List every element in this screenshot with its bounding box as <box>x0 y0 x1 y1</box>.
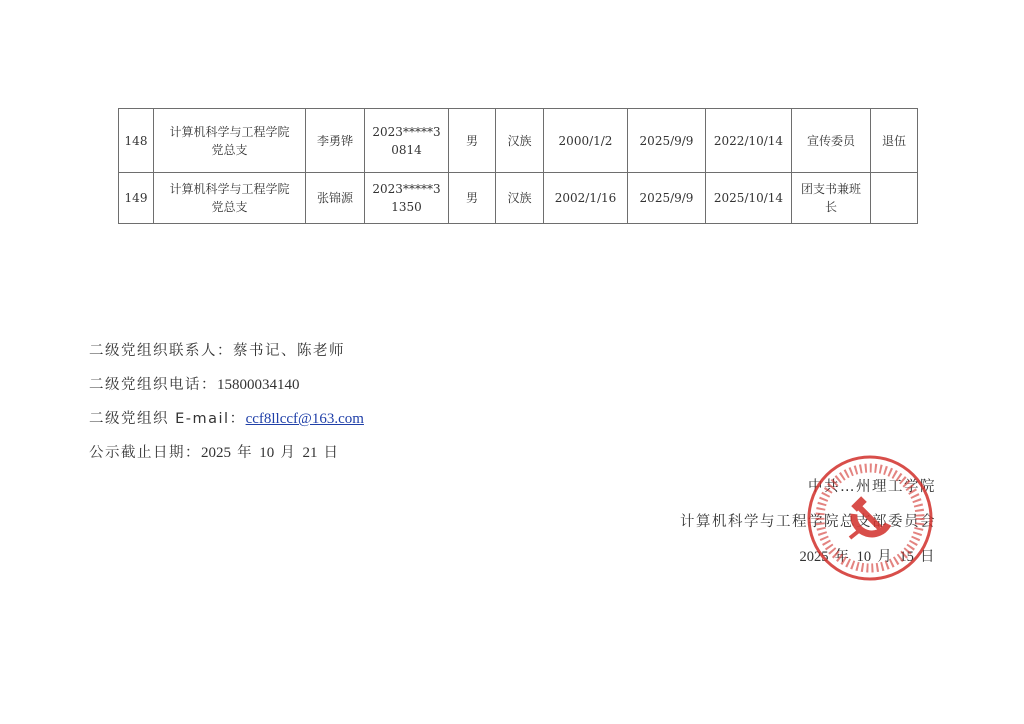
email-label: 二级党组织 E-mail： <box>89 411 246 427</box>
table-row: 149 计算机科学与工程学院党总支 张锦源 2023*****31350 男 汉… <box>119 173 918 224</box>
cell-gender: 男 <box>449 173 496 224</box>
cell-note <box>871 173 918 224</box>
cell-note: 退伍 <box>871 109 918 173</box>
cell-birth-date: 2000/1/2 <box>544 109 628 173</box>
contact-label: 二级党组织联系人： <box>89 343 233 359</box>
cell-no: 149 <box>119 173 154 224</box>
email-line: 二级党组织 E-mail：ccf8llccf@163.com <box>89 407 364 428</box>
org-line2: 党总支 <box>211 200 247 214</box>
cell-position: 宣传委员 <box>792 109 871 173</box>
contact-person-line: 二级党组织联系人：蔡书记、陈老师 <box>89 339 345 360</box>
signature-date: 2025 年 10 月 15 日 <box>799 545 936 566</box>
org-line1: 计算机科学与工程学院 <box>169 125 289 139</box>
signature-line2: 计算机科学与工程学院总支部委员会 <box>680 510 936 531</box>
sig-day-unit: 日 <box>914 549 936 565</box>
cell-date-b: 2025/10/14 <box>706 173 792 224</box>
position-line2: 长 <box>825 200 837 214</box>
phone-value: 15800034140 <box>217 377 300 393</box>
table-row: 148 计算机科学与工程学院党总支 李勇铧 2023*****30814 男 汉… <box>119 109 918 173</box>
cell-id: 2023*****31350 <box>365 173 449 224</box>
phone-line: 二级党组织电话：15800034140 <box>89 373 300 394</box>
id-line1: 2023*****3 <box>372 125 440 139</box>
sig-year: 2025 <box>799 549 828 565</box>
cell-birth-date: 2002/1/16 <box>544 173 628 224</box>
cell-name: 张锦源 <box>306 173 365 224</box>
deadline-day-unit: 日 <box>317 445 339 461</box>
deadline-year: 2025 <box>201 445 231 461</box>
org-line1: 计算机科学与工程学院 <box>169 182 289 196</box>
position-line1: 宣传委员 <box>807 134 855 148</box>
deadline-month-unit: 月 <box>274 445 302 461</box>
cell-id: 2023*****30814 <box>365 109 449 173</box>
cell-org: 计算机科学与工程学院党总支 <box>154 109 306 173</box>
deadline-day: 21 <box>302 445 317 461</box>
cell-gender: 男 <box>449 109 496 173</box>
cell-position: 团支书兼班长 <box>792 173 871 224</box>
member-table: 148 计算机科学与工程学院党总支 李勇铧 2023*****30814 男 汉… <box>118 108 918 224</box>
sig-month: 10 <box>857 549 872 565</box>
cell-ethnicity: 汉族 <box>496 173 544 224</box>
cell-ethnicity: 汉族 <box>496 109 544 173</box>
contact-value: 蔡书记、陈老师 <box>233 343 345 359</box>
phone-label: 二级党组织电话： <box>89 377 217 393</box>
org-line2: 党总支 <box>211 143 247 157</box>
sig-month-unit: 月 <box>871 549 899 565</box>
deadline-month: 10 <box>259 445 274 461</box>
cell-no: 148 <box>119 109 154 173</box>
deadline-year-unit: 年 <box>231 445 259 461</box>
deadline-line: 公示截止日期：2025 年 10 月 21 日 <box>89 441 340 462</box>
sig-day: 15 <box>899 549 914 565</box>
id-line2: 0814 <box>391 143 422 157</box>
cell-date-a: 2025/9/9 <box>628 173 706 224</box>
position-line1: 团支书兼班 <box>801 182 861 196</box>
sig-year-unit: 年 <box>828 549 856 565</box>
id-line1: 2023*****3 <box>372 182 440 196</box>
signature-line1: 中共…州理工学院 <box>808 475 936 496</box>
cell-org: 计算机科学与工程学院党总支 <box>154 173 306 224</box>
cell-name: 李勇铧 <box>306 109 365 173</box>
cell-date-b: 2022/10/14 <box>706 109 792 173</box>
id-line2: 1350 <box>391 200 422 214</box>
cell-date-a: 2025/9/9 <box>628 109 706 173</box>
email-link[interactable]: ccf8llccf@163.com <box>246 411 364 427</box>
deadline-label: 公示截止日期： <box>89 445 201 461</box>
